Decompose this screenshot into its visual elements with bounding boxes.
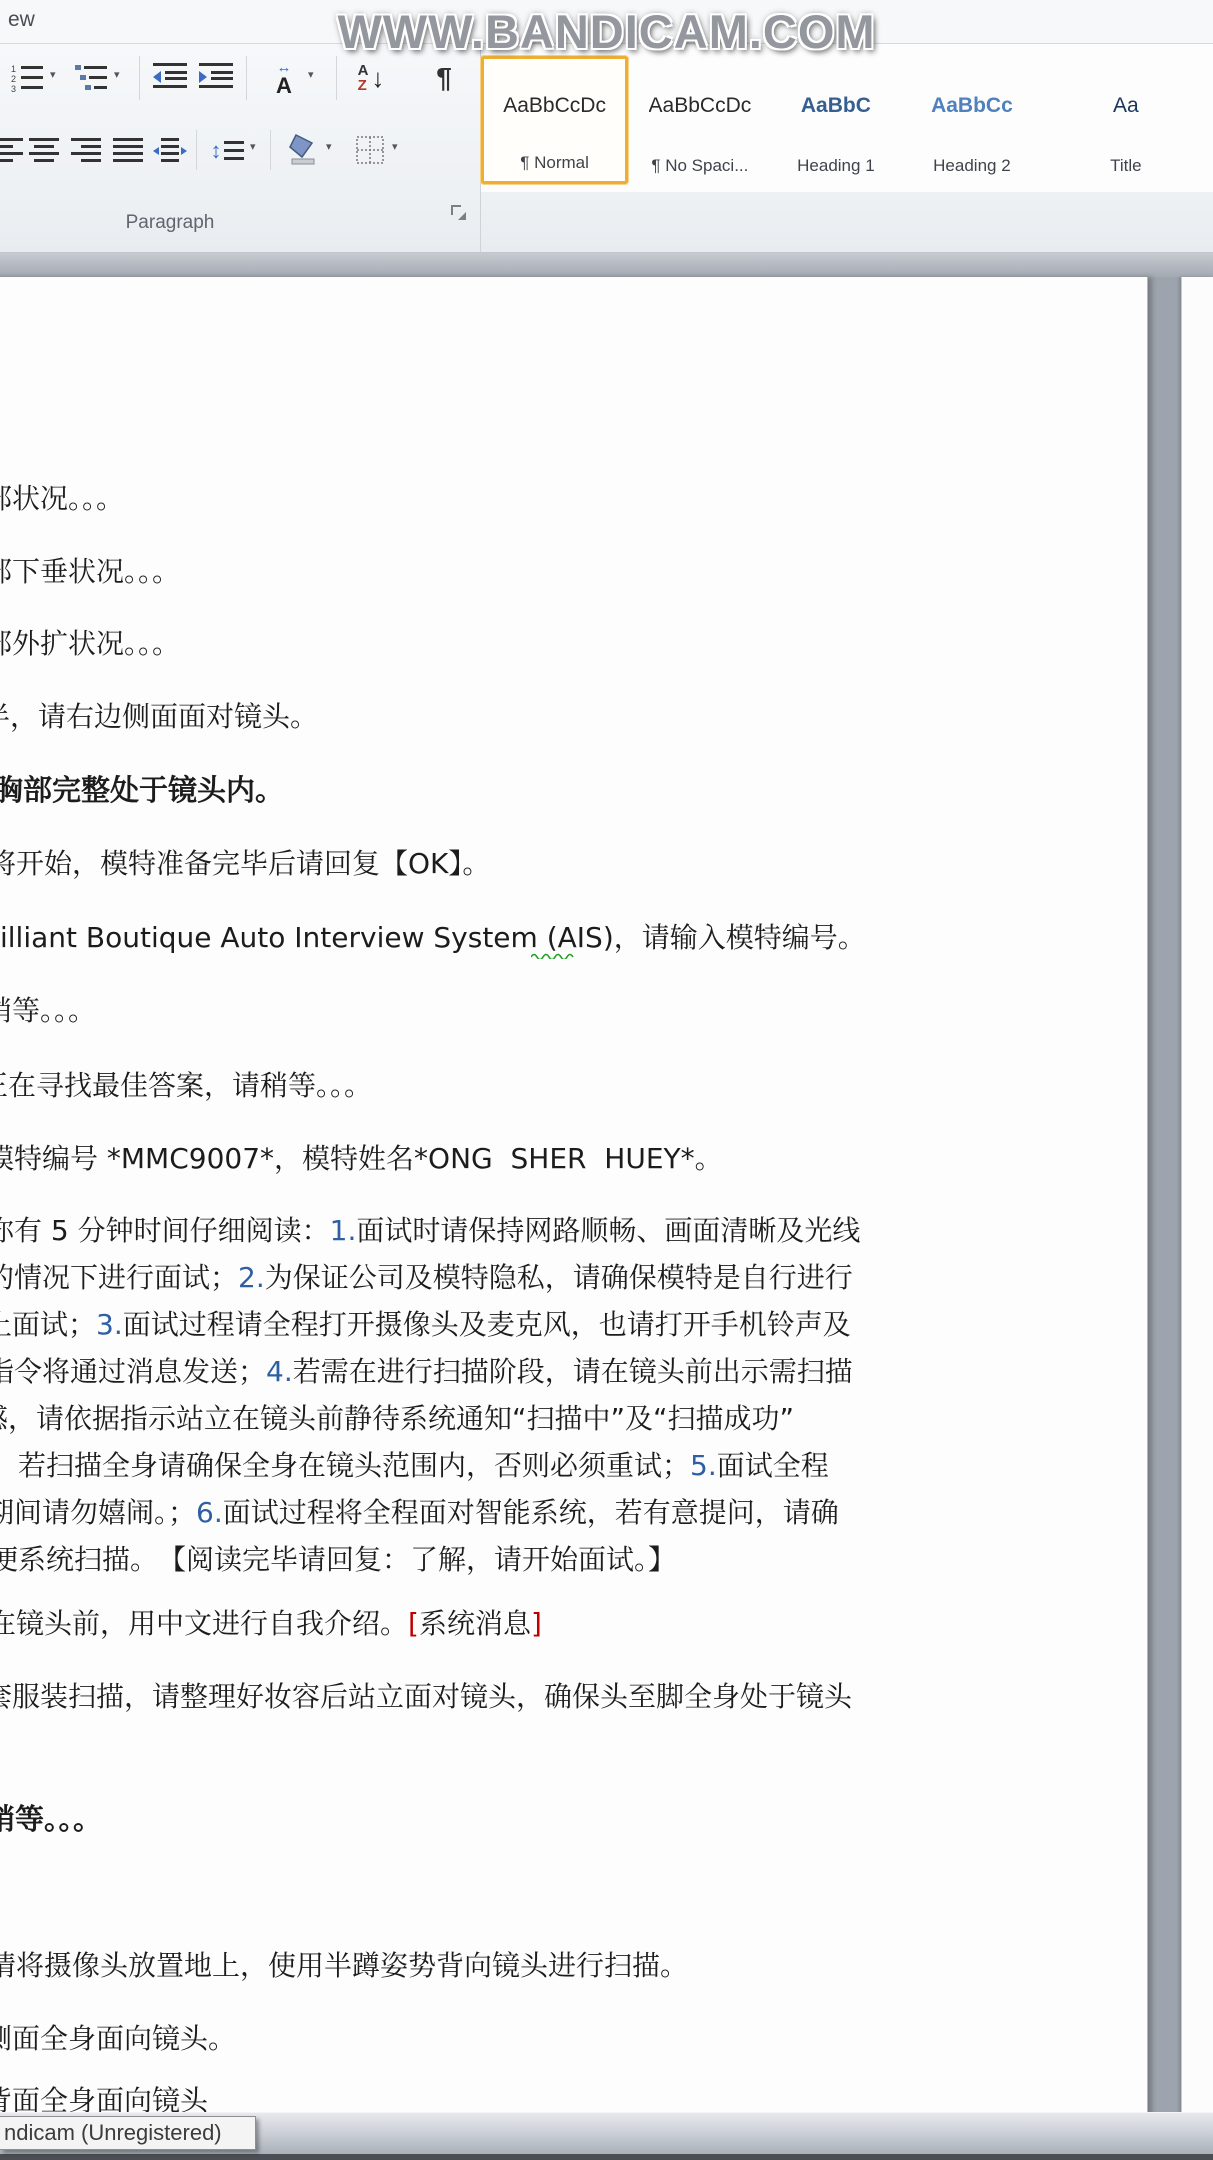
doc-text-run-alert_red: [ [408,1607,419,1640]
multilevel-list-icon[interactable] [70,60,114,96]
doc-text-line: 胸部完整处于镜头内。 [0,773,284,808]
borders-dropdown-icon[interactable]: ▾ [392,142,398,153]
doc-text-run: 部外扩状况。。。 [0,627,180,660]
doc-text-run: 系统消息 [419,1607,531,1640]
bandicam-unregistered-tooltip: ndicam (Unregistered) [0,2116,256,2150]
doc-text-line: 半，请右边侧面面对镜头。 [0,700,318,734]
doc-text-run-accent_blue: 3. [96,1308,123,1341]
ribbon-shadow-band [0,253,1213,277]
doc-text-run: 若需在进行扫描阶段，请在镜头前出示需扫描 [293,1355,853,1388]
asian-layout-dropdown-icon[interactable]: ▾ [308,70,314,81]
style-sample: AaBbCcDc [503,59,606,153]
doc-text-line: 指令将通过消息发送；4.若需在进行扫描阶段，请在镜头前出示需扫描 [0,1355,853,1389]
multilevel-dropdown-icon[interactable]: ▾ [114,70,120,81]
style-label: ¶ Normal [520,153,589,173]
justify-icon[interactable] [110,134,146,168]
paragraph-group-label: Paragraph [60,212,280,234]
style-item-heading-1[interactable]: AaBbCHeading 1 [772,56,901,184]
toolbar-separator [270,130,271,170]
distribute-icon[interactable] [150,134,190,168]
doc-text-run: 模特编号 *MMC9007*，模特姓名*ONG SHER HUEY*。 [0,1142,723,1175]
styles-gallery: AaBbCcDc¶ NormalAaBbCcDc¶ No Spaci...AaB… [481,44,1213,192]
doc-text-run: 你有 5 分钟时间仔细阅读： [0,1214,330,1247]
style-sample: Aa [1113,56,1139,156]
doc-text-run: 胸部完整处于镜头内。 [0,773,284,807]
doc-text-line: 你有 5 分钟时间仔细阅读：1.面试时请保持网路顺畅、画面清晰及光线 [0,1214,860,1248]
bandicam-watermark: WWW.BANDICAM.COM [0,4,1213,59]
numbering-dropdown-icon[interactable]: ▾ [50,70,56,81]
doc-text-run: 便系统扫描。 【阅读完毕请回复：了解，请开始面试。】 [0,1543,676,1576]
doc-text-run: 部下垂状况。。。 [0,555,180,588]
doc-text-run: ，若扫描全身请确保全身在镜头范围内，否则必须重试； [0,1449,690,1482]
doc-text-run: 面试时请保持网路顺畅、画面清晰及光线 [356,1214,860,1247]
toolbar-separator [196,130,197,170]
style-label: Heading 1 [797,156,875,176]
doc-text-line: 套服装扫描，请整理好妆容后站立面对镜头，确保头至脚全身处于镜头 [0,1680,852,1714]
doc-text-run: 止面试； [0,1308,96,1341]
doc-text-run: 的情况下进行面试； [0,1261,238,1294]
doc-text-run-accent_blue: 4. [266,1355,293,1388]
doc-text-run-alert_red: ] [531,1607,542,1640]
doc-text-run: 感，请依据指示站立在镜头前静待系统通知“扫描中”及“扫描成功” [0,1402,794,1435]
doc-text-line: illiant Boutique Auto Interview System (… [0,921,866,955]
asian-layout-icon[interactable]: ↔ A [260,56,308,100]
doc-text-line: 的情况下进行面试；2.为保证公司及模特隐私，请确保模特是自行进行 [0,1261,853,1295]
style-label: ¶ No Spaci... [651,156,748,176]
doc-text-line: 稍等。。。 [0,994,96,1028]
borders-icon[interactable] [350,132,390,168]
doc-text-run-accent_blue: 6. [196,1496,223,1529]
toolbar-separator [336,56,337,100]
tooltip-text: ndicam (Unregistered) [4,2120,222,2146]
style-item--no-spaci-[interactable]: AaBbCcDc¶ No Spaci... [633,56,766,184]
style-item--normal[interactable]: AaBbCcDc¶ Normal [481,56,628,184]
doc-text-run-accent_blue: 2. [238,1261,265,1294]
style-item-heading-2[interactable]: AaBbCcHeading 2 [905,56,1038,184]
style-item-title[interactable]: AaTitle [1044,56,1208,184]
doc-text-line: 感，请依据指示站立在镜头前静待系统通知“扫描中”及“扫描成功” [0,1402,794,1436]
line-spacing-icon[interactable]: ↕ [206,132,248,170]
increase-indent-icon[interactable] [196,60,236,96]
doc-text-line: 正在寻找最佳答案，请稍等。。。 [0,1069,372,1103]
svg-text:1: 1 [11,64,16,74]
align-right-icon[interactable] [68,134,104,168]
doc-text-line: 请将摄像头放置地上，使用半蹲姿势背向镜头进行扫描。 [0,1949,688,1983]
doc-text-line: 侧面全身面向镜头。 [0,2022,236,2056]
numbering-icon[interactable]: 1 2 3 [6,60,50,96]
doc-text-line: 模特编号 *MMC9007*，模特姓名*ONG SHER HUEY*。 [0,1142,723,1176]
line-spacing-dropdown-icon[interactable]: ▾ [250,142,256,153]
align-center-icon[interactable] [26,134,62,168]
doc-text-line: 将开始，模特准备完毕后请回复【OK】。 [0,847,490,881]
style-sample: AaBbCcDc [649,56,752,156]
doc-text-line: 稍等。。。 [0,1802,102,1837]
doc-text-run: 正在寻找最佳答案，请稍等。。。 [0,1069,372,1102]
doc-text-run: 请将摄像头放置地上，使用半蹲姿势背向镜头进行扫描。 [0,1949,688,1982]
style-label: Title [1110,156,1142,176]
word-window: ew 1 2 3 ▾ ▾ [0,0,1213,2160]
paragraph-dialog-launcher-icon[interactable] [450,204,466,220]
doc-text-run: 将开始，模特准备完毕后请回复【OK】。 [0,847,490,880]
ribbon-paragraph-group: 1 2 3 ▾ ▾ [0,44,1213,253]
doc-text-line: 在镜头前，用中文进行自我介绍。[系统消息] [0,1607,542,1641]
doc-text-run: 面试过程请全程打开摄像头及麦克风，也请打开手机铃声及 [123,1308,851,1341]
grammar-squiggle-icon [531,952,575,959]
doc-text-run: 半，请右边侧面面对镜头。 [0,700,318,733]
doc-text-line: 期间请勿嬉闹。；6.面试过程将全程面对智能系统，若有意提问，请确 [0,1496,839,1530]
doc-text-run: illiant Boutique Auto Interview System (… [0,921,866,954]
doc-text-run: 套服装扫描，请整理好妆容后站立面对镜头，确保头至脚全身处于镜头 [0,1680,852,1713]
doc-text-line: 便系统扫描。 【阅读完毕请回复：了解，请开始面试。】 [0,1543,676,1577]
decrease-indent-icon[interactable] [150,60,190,96]
doc-text-run: 在镜头前，用中文进行自我介绍。 [0,1607,408,1640]
doc-text-line: 部下垂状况。。。 [0,555,180,589]
doc-text-run-accent_blue: 5. [690,1449,717,1482]
doc-text-run-accent_blue: 1. [330,1214,357,1247]
show-hide-paragraph-icon[interactable]: ¶ [428,58,460,98]
doc-text-run: 期间请勿嬉闹。； [0,1496,196,1529]
style-sample: AaBbC [801,56,871,156]
style-sample: AaBbCc [931,56,1013,156]
document-page-next[interactable] [1181,277,1213,2160]
doc-text-line: 部状况。。。 [0,482,124,516]
shading-dropdown-icon[interactable]: ▾ [326,142,332,153]
doc-text-run: 指令将通过消息发送； [0,1355,266,1388]
doc-text-line: 止面试；3.面试过程请全程打开摄像头及麦克风，也请打开手机铃声及 [0,1308,851,1342]
sort-icon[interactable]: A Z ↓ [348,56,394,100]
align-left-icon[interactable] [0,134,26,168]
doc-text-run: 稍等。。。 [0,1802,102,1836]
doc-text-line: 部外扩状况。。。 [0,627,180,661]
doc-text-run: 侧面全身面向镜头。 [0,2022,236,2055]
doc-text-run: 面试全程 [717,1449,829,1482]
style-label: Heading 2 [933,156,1011,176]
toolbar-separator [139,56,140,100]
svg-text:2: 2 [11,74,16,84]
doc-text-run: 部状况。。。 [0,482,124,515]
doc-text-run: 稍等。。。 [0,994,96,1027]
doc-text-line: ，若扫描全身请确保全身在镜头范围内，否则必须重试；5.面试全程 [0,1449,829,1483]
doc-text-run: 面试过程将全程面对智能系统，若有意提问，请确 [223,1496,839,1529]
shading-icon[interactable] [282,130,326,170]
toolbar-separator [246,56,247,100]
svg-text:3: 3 [11,84,16,93]
doc-text-run: 为保证公司及模特隐私，请确保模特是自行进行 [265,1261,853,1294]
